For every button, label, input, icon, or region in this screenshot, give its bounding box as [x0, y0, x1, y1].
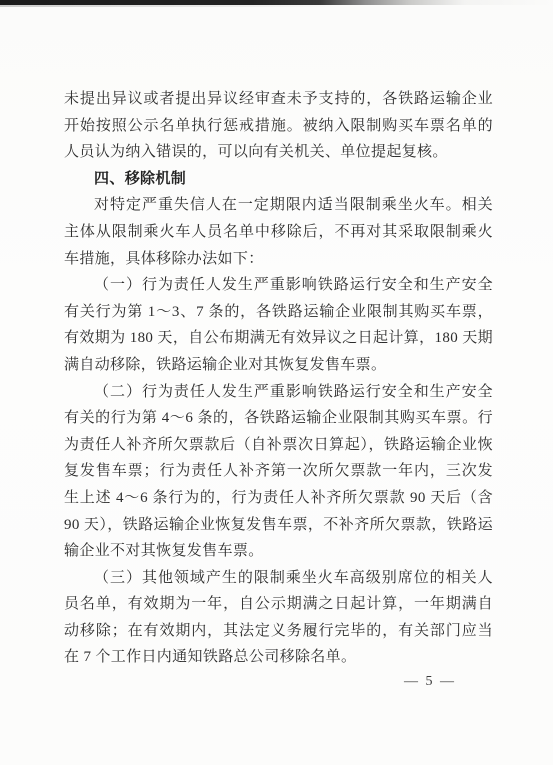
document-page: 未提出异议或者提出异议经审查未予支持的，各铁路运输企业开始按照公示名单执行惩戒措… — [0, 0, 553, 765]
page-number: — 5 — — [404, 674, 456, 690]
body-paragraph-intro: 对特定严重失信人在一定期限内适当限制乘坐火车。相关主体从限制乘火车人员名单中移除… — [64, 192, 493, 272]
body-paragraph-item-1: （一）行为责任人发生严重影响铁路运行安全和生产安全有关行为第 1～3、7 条的，… — [64, 272, 493, 378]
body-paragraph-item-3: （三）其他领域产生的限制乘坐火车高级别席位的相关人员名单，有效期为一年，自公示期… — [64, 565, 493, 671]
body-paragraph-item-2: （二）行为责任人发生严重影响铁路运行安全和生产安全有关的行为第 4～6 条的，各… — [64, 379, 493, 565]
scan-edge-feather — [0, 5, 343, 7]
body-paragraph-continuation: 未提出异议或者提出异议经审查未予支持的，各铁路运输企业开始按照公示名单执行惩戒措… — [64, 86, 493, 166]
section-heading: 四、移除机制 — [64, 166, 493, 193]
document-body: 未提出异议或者提出异议经审查未予支持的，各铁路运输企业开始按照公示名单执行惩戒措… — [64, 86, 493, 671]
